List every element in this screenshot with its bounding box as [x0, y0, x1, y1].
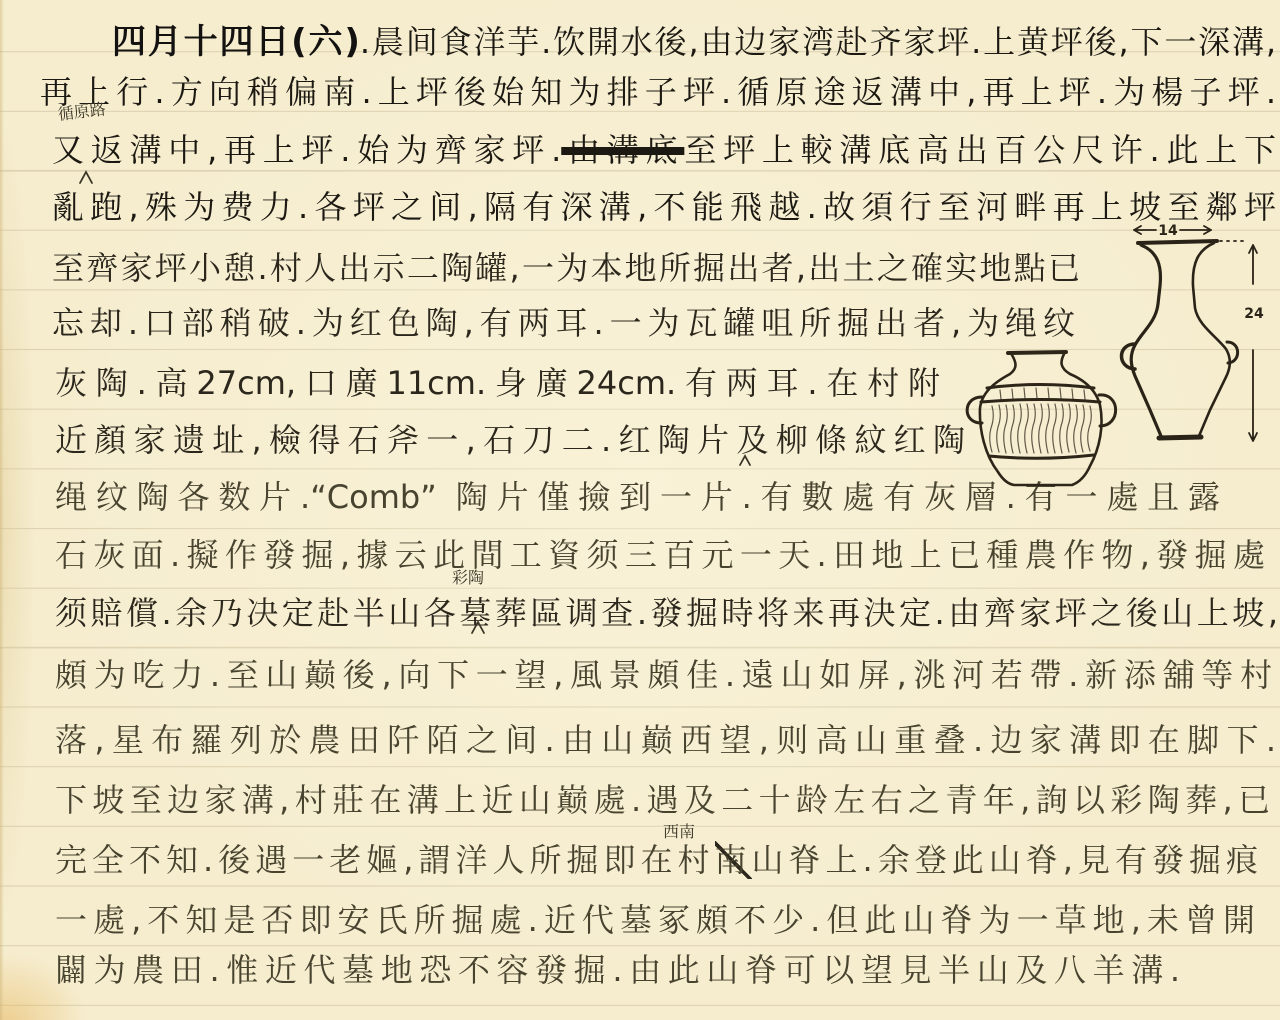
line-text: 灰陶.高27cm,口廣11cm.身廣24cm.有两耳.在村附	[55, 364, 940, 402]
jar-outline	[980, 354, 1102, 485]
line-text: 亂跑,殊为费力.各坪之间,隔有深溝,不能飛越.故須行至河畔再上坡至鄰坪	[52, 188, 1276, 226]
vase-right-handle	[1227, 342, 1238, 363]
width-arrow-icon	[1134, 226, 1211, 234]
vase-rim	[1138, 241, 1217, 243]
jar-rim	[1008, 352, 1066, 353]
vase-height-label: 24	[1244, 306, 1264, 322]
text-line-16: 一處,不知是否即安氏所掘處.近代墓冢頗不少.但此山脊为一草地,未曾開	[55, 900, 1255, 940]
text-line-12: 頗为吃力.至山巅後,向下一望,風景頗佳.遠山如屏,洮河若帶.新添舖等村	[55, 655, 1272, 695]
line-text: 忘却.口部稍破.为红色陶,有两耳.一为瓦罐咀所掘出者,为绳纹	[52, 304, 1075, 342]
line-text: 落,星布羅列於農田阡陌之间.由山巅西望,则高山重叠.边家溝即在脚下.	[55, 721, 1276, 759]
text-line-15: 完全不知.後遇一老嫗,謂洋人所掘即在村南山脊上.余登此山脊,見有發掘痕	[55, 840, 1258, 880]
jar-sketch	[967, 352, 1116, 485]
text-line-7: 灰陶.高27cm,口廣11cm.身廣24cm.有两耳.在村附	[55, 363, 940, 403]
text-line-6: 忘却.口部稍破.为红色陶,有两耳.一为瓦罐咀所掘出者,为绳纹	[52, 303, 1075, 343]
vase-left-profile	[1131, 245, 1161, 436]
line-text: 须賠償.余乃决定赴半山各墓葬區调查.發掘時将来再決定.由齊家坪之後山上坡,	[55, 594, 1278, 632]
text-line-1: 四月十四日(六).晨间食洋芋.饮開水後,由边家湾赴齐家坪.上黄坪後,下一深溝,	[112, 22, 1276, 62]
vase-base	[1159, 437, 1201, 438]
line-text: 闢为農田.惟近代墓地恐不容發掘.由此山脊可以望見半山及八羊溝.	[55, 951, 1180, 989]
vase-right-profile	[1193, 243, 1230, 436]
text-line-10: 石灰面.擬作發掘,據云此間工資须三百元一天.田地上已種農作物,發掘處	[55, 535, 1265, 575]
line-text: 一處,不知是否即安氏所掘處.近代墓冢頗不少.但此山脊为一草地,未曾開	[55, 901, 1255, 939]
line-text: 又返溝中,再上坪.始为齊家坪.	[52, 131, 561, 169]
text-line-4: 亂跑,殊为费力.各坪之间,隔有深溝,不能飛越.故須行至河畔再上坡至鄰坪	[52, 187, 1276, 227]
line-text: 頗为吃力.至山巅後,向下一望,風景頗佳.遠山如屏,洮河若帶.新添舖等村	[55, 656, 1272, 694]
line-text: 再上行.方向稍偏南.上坪後始知为排子坪.循原途返溝中,再上坪.为楊子坪.	[40, 73, 1276, 111]
insertion-note-line-3: 循原路	[57, 100, 107, 124]
line-text: 完全不知.後遇一老嫗,謂洋人所掘即在村	[55, 841, 715, 879]
jar-cord-marks	[990, 388, 1092, 453]
struck-out-text: 南	[715, 841, 752, 879]
struck-out-text: 由溝底	[561, 131, 684, 169]
insertion-note-line-15: 西南	[663, 823, 695, 841]
vase-dimensions	[1134, 226, 1257, 441]
height-arrow-down-icon	[1249, 350, 1257, 441]
text-line-8: 近顏家遗址,檢得石斧一,石刀二.红陶片及柳條紋红陶	[55, 420, 965, 460]
line-text: .晨间食洋芋.饮開水後,由边家湾赴齐家坪.上黄坪後,下一深溝,	[360, 23, 1276, 61]
jar-left-handle	[967, 397, 983, 423]
line-text: 石灰面.擬作發掘,據云此間工資须三百元一天.田地上已種農作物,發掘處	[55, 536, 1265, 574]
vase-sketch	[1122, 241, 1238, 438]
line-text: 至坪上較溝底高出百公尺许.此上下	[684, 131, 1276, 169]
line-text: 绳纹陶各数片.“Comb” 陶片僅撿到一片.有數處有灰層.有一處且露	[55, 478, 1220, 516]
page-edge	[0, 0, 4, 1020]
text-line-11: 须賠償.余乃决定赴半山各墓葬區调查.發掘時将来再決定.由齊家坪之後山上坡,	[55, 593, 1278, 633]
text-line-13: 落,星布羅列於農田阡陌之间.由山巅西望,则高山重叠.边家溝即在脚下.	[55, 720, 1276, 760]
text-line-5: 至齊家坪小憩.村人出示二陶罐,一为本地所掘出者,出土之確实地點已	[52, 248, 1080, 288]
line-text: 山脊上.余登此山脊,見有發掘痕	[752, 841, 1258, 879]
entry-date: 四月十四日(六)	[112, 22, 360, 62]
jar-bands	[981, 385, 1100, 459]
jar-right-handle	[1099, 395, 1116, 426]
text-line-14: 下坡至边家溝,村莊在溝上近山巅處.遇及二十龄左右之青年,詢以彩陶葬,已	[55, 780, 1270, 820]
text-line-2: 再上行.方向稍偏南.上坪後始知为排子坪.循原途返溝中,再上坪.为楊子坪.	[40, 72, 1276, 112]
vase-left-handle	[1122, 344, 1136, 369]
line-text: 近顏家遗址,檢得石斧一,石刀二.红陶片及柳條紋红陶	[55, 421, 965, 459]
insertion-note-line-11: 彩陶	[452, 569, 484, 587]
line-text: 下坡至边家溝,村莊在溝上近山巅處.遇及二十龄左右之青年,詢以彩陶葬,已	[55, 781, 1270, 819]
text-line-3: 又返溝中,再上坪.始为齊家坪.由溝底至坪上較溝底高出百公尺许.此上下	[52, 130, 1276, 170]
text-line-17: 闢为農田.惟近代墓地恐不容發掘.由此山脊可以望見半山及八羊溝.	[55, 950, 1180, 990]
insertion-caret-icon	[80, 172, 92, 183]
notebook-page: 四月十四日(六).晨间食洋芋.饮開水後,由边家湾赴齐家坪.上黄坪後,下一深溝, …	[0, 0, 1280, 1020]
line-text: 至齊家坪小憩.村人出示二陶罐,一为本地所掘出者,出土之確实地點已	[52, 249, 1080, 287]
text-line-9: 绳纹陶各数片.“Comb” 陶片僅撿到一片.有數處有灰層.有一處且露	[55, 477, 1220, 517]
height-arrow-up-icon	[1249, 245, 1257, 284]
